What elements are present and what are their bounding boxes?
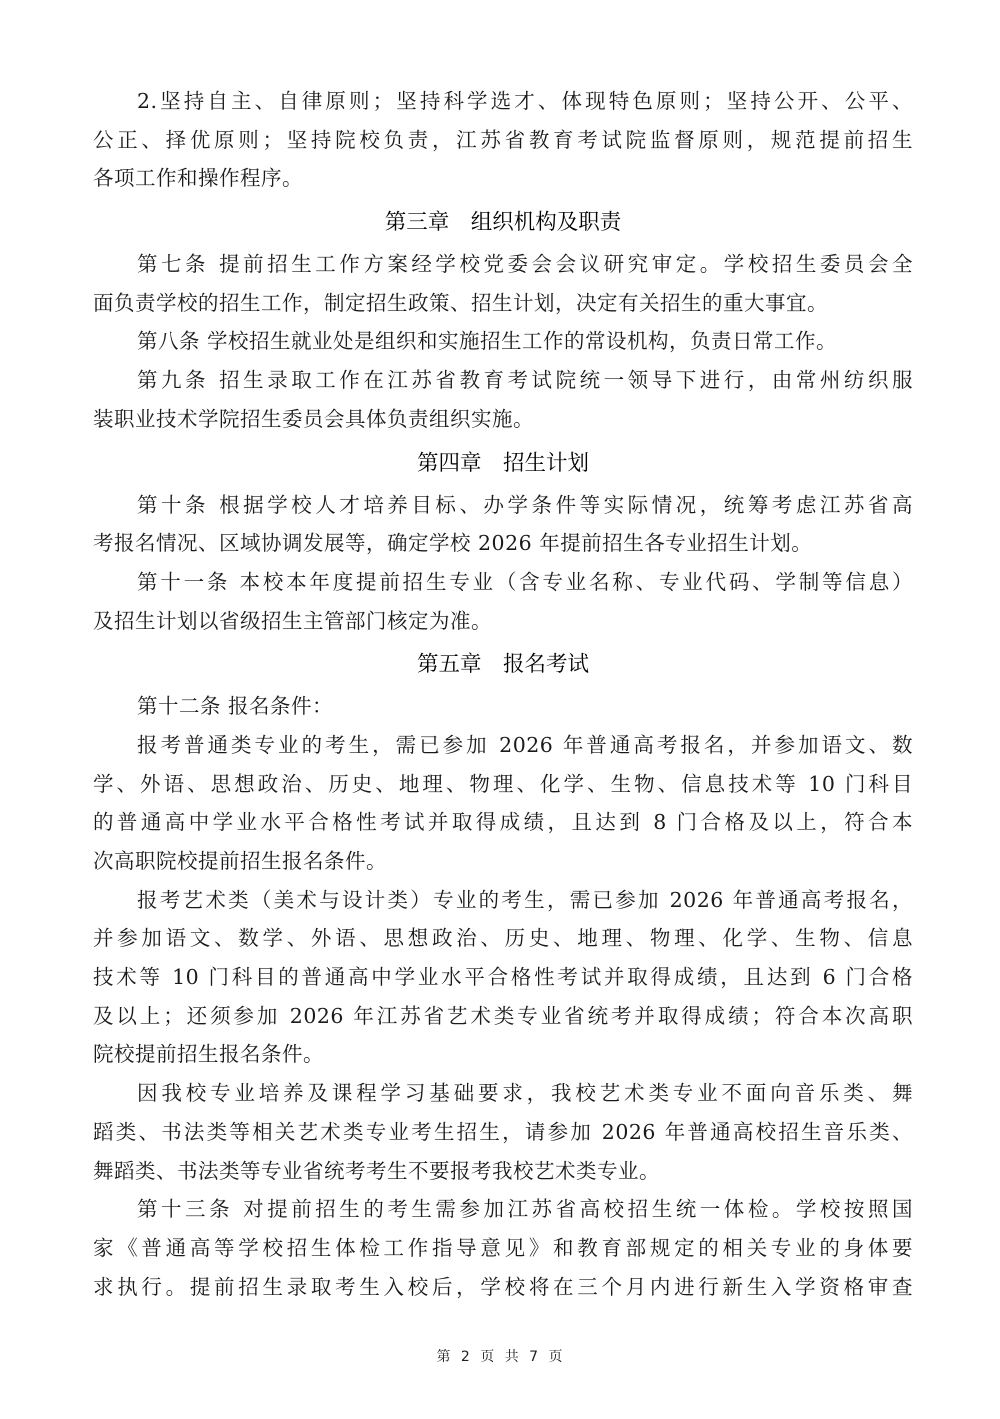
text-line: 各项工作和操作程序。 <box>93 159 913 198</box>
paragraph-article-12: 第十二条 报名条件： <box>93 687 913 726</box>
paragraph-article-8: 第八条 学校招生就业处是组织和实施招生工作的常设机构，负责日常工作。 <box>93 322 913 361</box>
text-line: 的普通高中学业水平合格性考试并取得成绩，且达到 8 门合格及以上，符合本 <box>93 803 913 842</box>
text-line: 学、外语、思想政治、历史、地理、物理、化学、生物、信息技术等 10 门科目 <box>93 765 913 804</box>
chapter-heading: 第五章 报名考试 <box>93 640 913 687</box>
text-line: 及招生计划以省级招生主管部门核定为准。 <box>93 602 913 641</box>
paragraph-article-11: 第十一条 本校本年度提前招生专业（含专业名称、专业代码、学制等信息） 及招生计划… <box>93 563 913 640</box>
chapter-heading: 第三章 组织机构及职责 <box>93 198 913 245</box>
text-line: 舞蹈类、书法类等专业省统考考生不要报考我校艺术类专业。 <box>93 1152 913 1191</box>
text-line: 蹈类、书法类等相关艺术类专业考生招生，请参加 2026 年普通高校招生音乐类、 <box>93 1113 913 1152</box>
text-line: 第十一条 本校本年度提前招生专业（含专业名称、专业代码、学制等信息） <box>93 563 913 602</box>
text-line: 第七条 提前招生工作方案经学校党委会会议研究审定。学校招生委员会全 <box>93 245 913 284</box>
page-number-footer: 第 2 页 共 7 页 <box>0 1346 1000 1366</box>
text-line: 求执行。提前招生录取考生入校后，学校将在三个月内进行新生入学资格审查 <box>93 1268 913 1307</box>
text-line: 报考艺术类（美术与设计类）专业的考生，需已参加 2026 年普通高考报名， <box>93 881 913 920</box>
paragraph-article-12-art-note: 因我校专业培养及课程学习基础要求，我校艺术类专业不面向音乐类、舞 蹈类、书法类等… <box>93 1074 913 1190</box>
text-line: 装职业技术学院招生委员会具体负责组织实施。 <box>93 400 913 439</box>
text-line: 并参加语文、数学、外语、思想政治、历史、地理、物理、化学、生物、信息 <box>93 919 913 958</box>
chapter-heading: 第四章 招生计划 <box>93 439 913 486</box>
text-line: 面负责学校的招生工作，制定招生政策、招生计划，决定有关招生的重大事宜。 <box>93 284 913 323</box>
document-page: 2.坚持自主、自律原则；坚持科学选才、体现特色原则；坚持公开、公平、 公正、择优… <box>0 0 1000 1419</box>
paragraph-article-12-general: 报考普通类专业的考生，需已参加 2026 年普通高考报名，并参加语文、数 学、外… <box>93 726 913 881</box>
text-line: 第八条 学校招生就业处是组织和实施招生工作的常设机构，负责日常工作。 <box>93 322 913 361</box>
text-line: 第十三条 对提前招生的考生需参加江苏省高校招生统一体检。学校按照国 <box>93 1190 913 1229</box>
paragraph-article-9: 第九条 招生录取工作在江苏省教育考试院统一领导下进行，由常州纺织服 装职业技术学… <box>93 361 913 438</box>
paragraph-article-13: 第十三条 对提前招生的考生需参加江苏省高校招生统一体检。学校按照国 家《普通高等… <box>93 1190 913 1306</box>
text-line: 家《普通高等学校招生体检工作指导意见》和教育部规定的相关专业的身体要 <box>93 1229 913 1268</box>
paragraph-article-7: 第七条 提前招生工作方案经学校党委会会议研究审定。学校招生委员会全 面负责学校的… <box>93 245 913 322</box>
text-line: 考报名情况、区域协调发展等，确定学校 2026 年提前招生各专业招生计划。 <box>93 524 913 563</box>
text-line: 及以上；还须参加 2026 年江苏省艺术类专业省统考并取得成绩；符合本次高职 <box>93 997 913 1036</box>
text-line: 第十二条 报名条件： <box>93 687 913 726</box>
text-line: 公正、择优原则；坚持院校负责，江苏省教育考试院监督原则，规范提前招生 <box>93 121 913 160</box>
paragraph-article-12-art: 报考艺术类（美术与设计类）专业的考生，需已参加 2026 年普通高考报名， 并参… <box>93 881 913 1074</box>
text-line: 报考普通类专业的考生，需已参加 2026 年普通高考报名，并参加语文、数 <box>93 726 913 765</box>
paragraph-article-10: 第十条 根据学校人才培养目标、办学条件等实际情况，统筹考虑江苏省高 考报名情况、… <box>93 486 913 563</box>
paragraph-principle-2: 2.坚持自主、自律原则；坚持科学选才、体现特色原则；坚持公开、公平、 公正、择优… <box>93 82 913 198</box>
text-line: 院校提前招生报名条件。 <box>93 1035 913 1074</box>
text-line: 次高职院校提前招生报名条件。 <box>93 842 913 881</box>
text-line: 技术等 10 门科目的普通高中学业水平合格性考试并取得成绩，且达到 6 门合格 <box>93 958 913 997</box>
text-line: 因我校专业培养及课程学习基础要求，我校艺术类专业不面向音乐类、舞 <box>93 1074 913 1113</box>
text-line: 第十条 根据学校人才培养目标、办学条件等实际情况，统筹考虑江苏省高 <box>93 486 913 525</box>
text-line: 2.坚持自主、自律原则；坚持科学选才、体现特色原则；坚持公开、公平、 <box>93 82 913 121</box>
document-body: 2.坚持自主、自律原则；坚持科学选才、体现特色原则；坚持公开、公平、 公正、择优… <box>93 82 913 1306</box>
text-line: 第九条 招生录取工作在江苏省教育考试院统一领导下进行，由常州纺织服 <box>93 361 913 400</box>
